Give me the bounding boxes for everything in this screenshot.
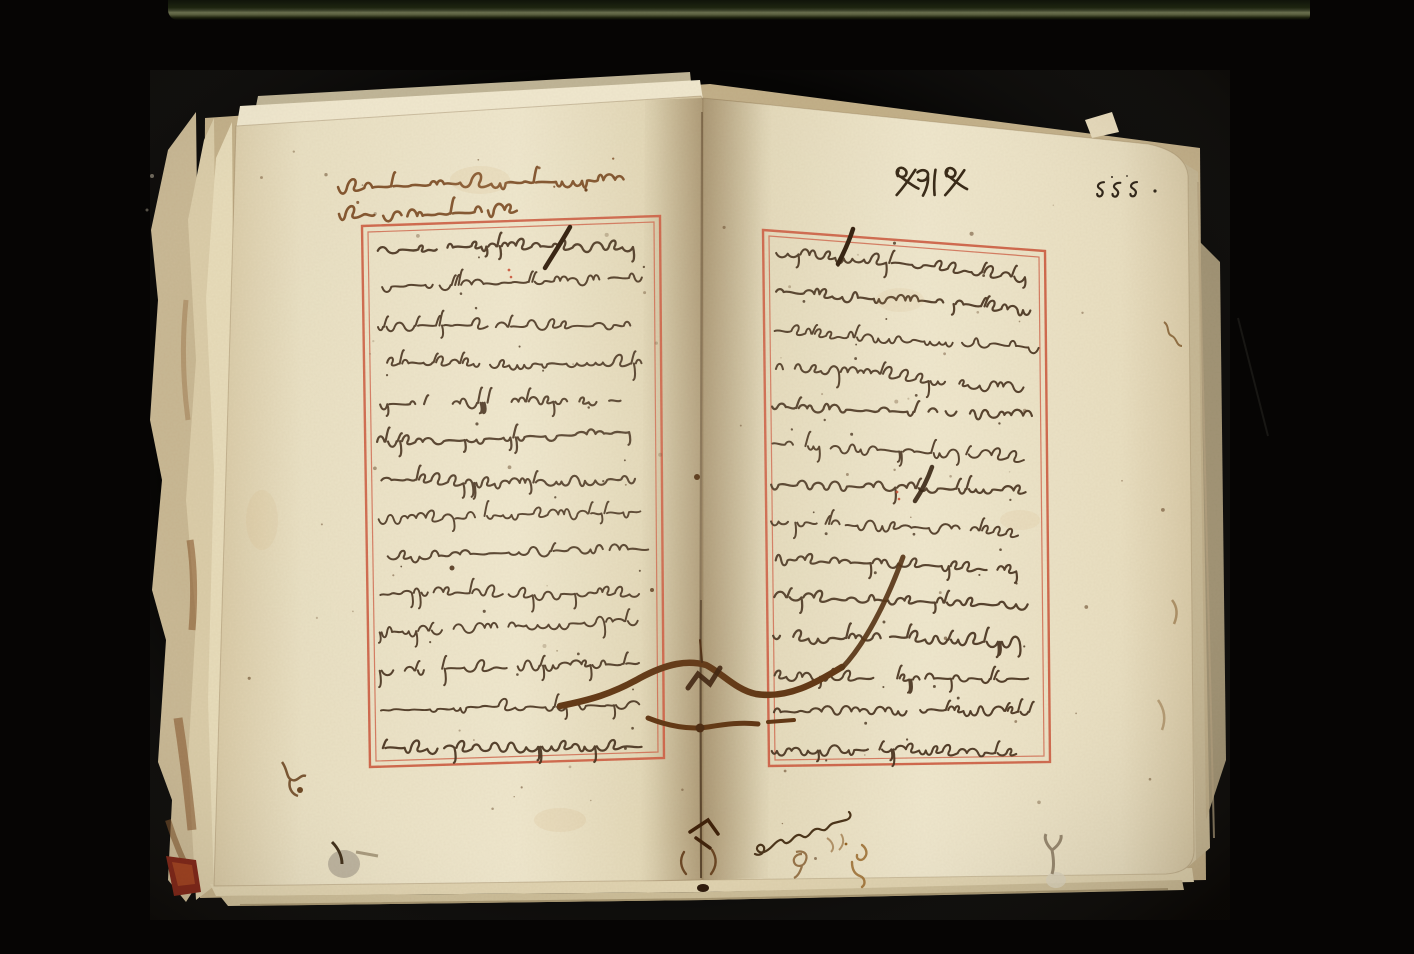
photograph: ४५४ ६६६ Photograph of an open handwritte… bbox=[0, 0, 1414, 954]
book bbox=[0, 0, 1414, 954]
film-grain bbox=[0, 0, 1414, 954]
manuscript-scene bbox=[0, 0, 1414, 954]
